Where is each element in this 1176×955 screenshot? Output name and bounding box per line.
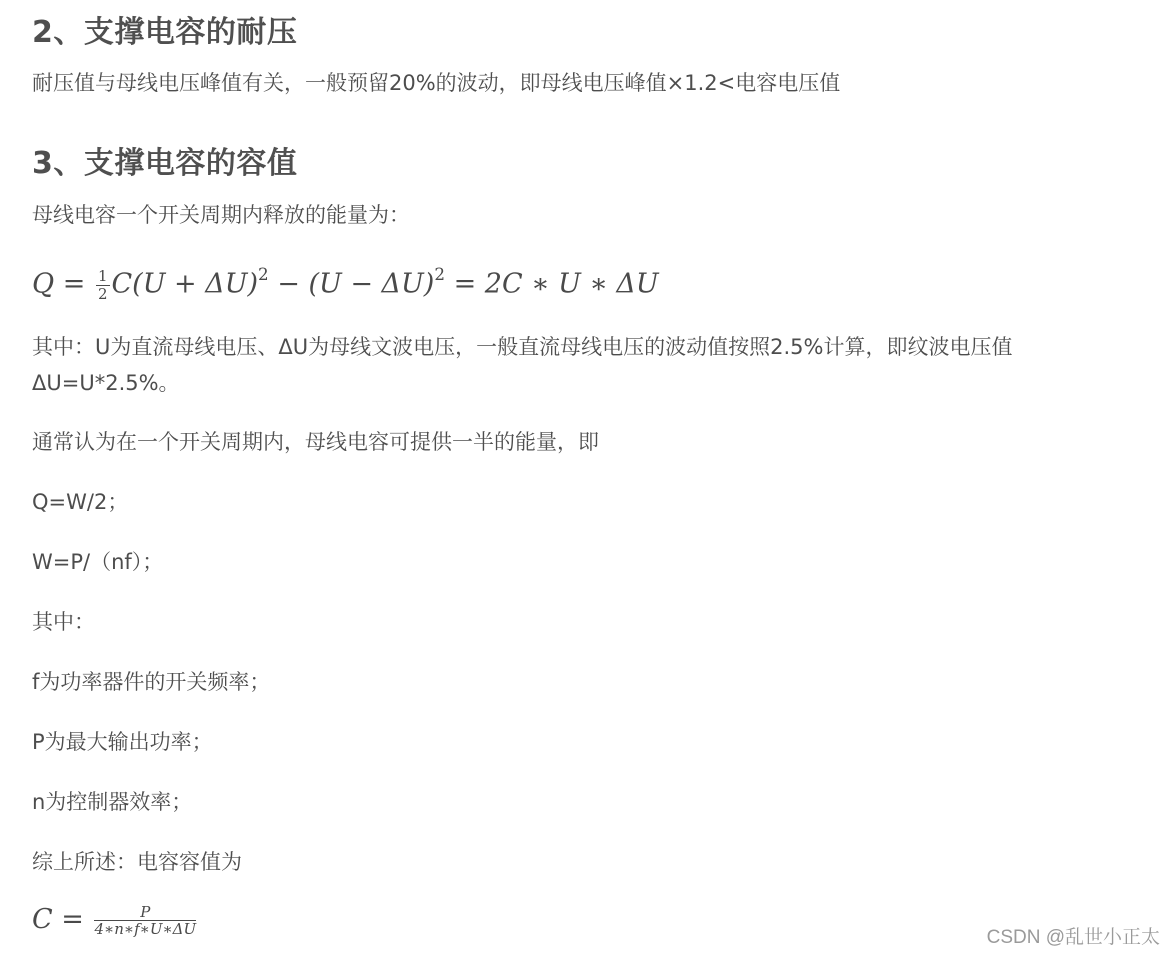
fraction-one-half: 1 2	[96, 268, 110, 302]
capacitance-denominator: 4∗n∗f∗U∗ΔU	[94, 921, 196, 938]
where-label: 其中：	[32, 604, 95, 640]
formula-c-lhs: C	[32, 904, 53, 935]
fraction-denominator: 2	[96, 286, 110, 303]
capacitance-fraction: P 4∗n∗f∗U∗ΔU	[94, 904, 196, 938]
definition-f: f为功率器件的开关频率；	[32, 664, 270, 700]
formula-q-lhs: Q	[32, 269, 54, 300]
csdn-watermark: CSDN @乱世小正太	[987, 922, 1160, 949]
formula-q-rhs: = 2C ∗ U ∗ ΔU	[445, 269, 659, 300]
capacitance-formula: C = P 4∗n∗f∗U∗ΔU	[32, 898, 198, 942]
formula-c-equals: =	[61, 904, 84, 935]
section-3-heading: 3、支撑电容的容值	[32, 146, 297, 182]
equation-w: W=P/（nf）；	[32, 544, 163, 580]
section-2-paragraph: 耐压值与母线电压峰值有关，一般预留20%的波动，即母线电压峰值×1.2<电容电压…	[32, 65, 840, 101]
formula-q-exponent1: 2	[258, 264, 269, 284]
assumption-text: 通常认为在一个开关周期内，母线电容可提供一半的能量，即	[32, 424, 599, 460]
equation-q: Q=W/2；	[32, 484, 128, 520]
formula-q-exponent2: 2	[434, 264, 445, 284]
explanation-line-1: 其中：U为直流母线电压、ΔU为母线文波电压，一般直流母线电压的波动值按照2.5%…	[32, 329, 1012, 365]
definition-n: n为控制器效率；	[32, 784, 192, 820]
definition-p: P为最大输出功率；	[32, 724, 213, 760]
section-2-heading: 2、支撑电容的耐压	[32, 15, 297, 51]
energy-formula: Q = 1 2 C(U + ΔU)2 − (U − ΔU)2 = 2C ∗ U …	[32, 252, 659, 307]
energy-intro-text: 母线电容一个开关周期内释放的能量为：	[32, 197, 410, 233]
capacitance-numerator: P	[94, 904, 196, 922]
formula-q-equals: =	[63, 269, 86, 300]
summary-text: 综上所述：电容容值为	[32, 844, 242, 880]
formula-q-term2: − (U − ΔU)	[269, 269, 435, 300]
formula-q-term1: C(U + ΔU)	[112, 269, 259, 300]
explanation-line-2: ΔU=U*2.5%。	[32, 365, 180, 401]
fraction-numerator: 1	[96, 268, 110, 286]
